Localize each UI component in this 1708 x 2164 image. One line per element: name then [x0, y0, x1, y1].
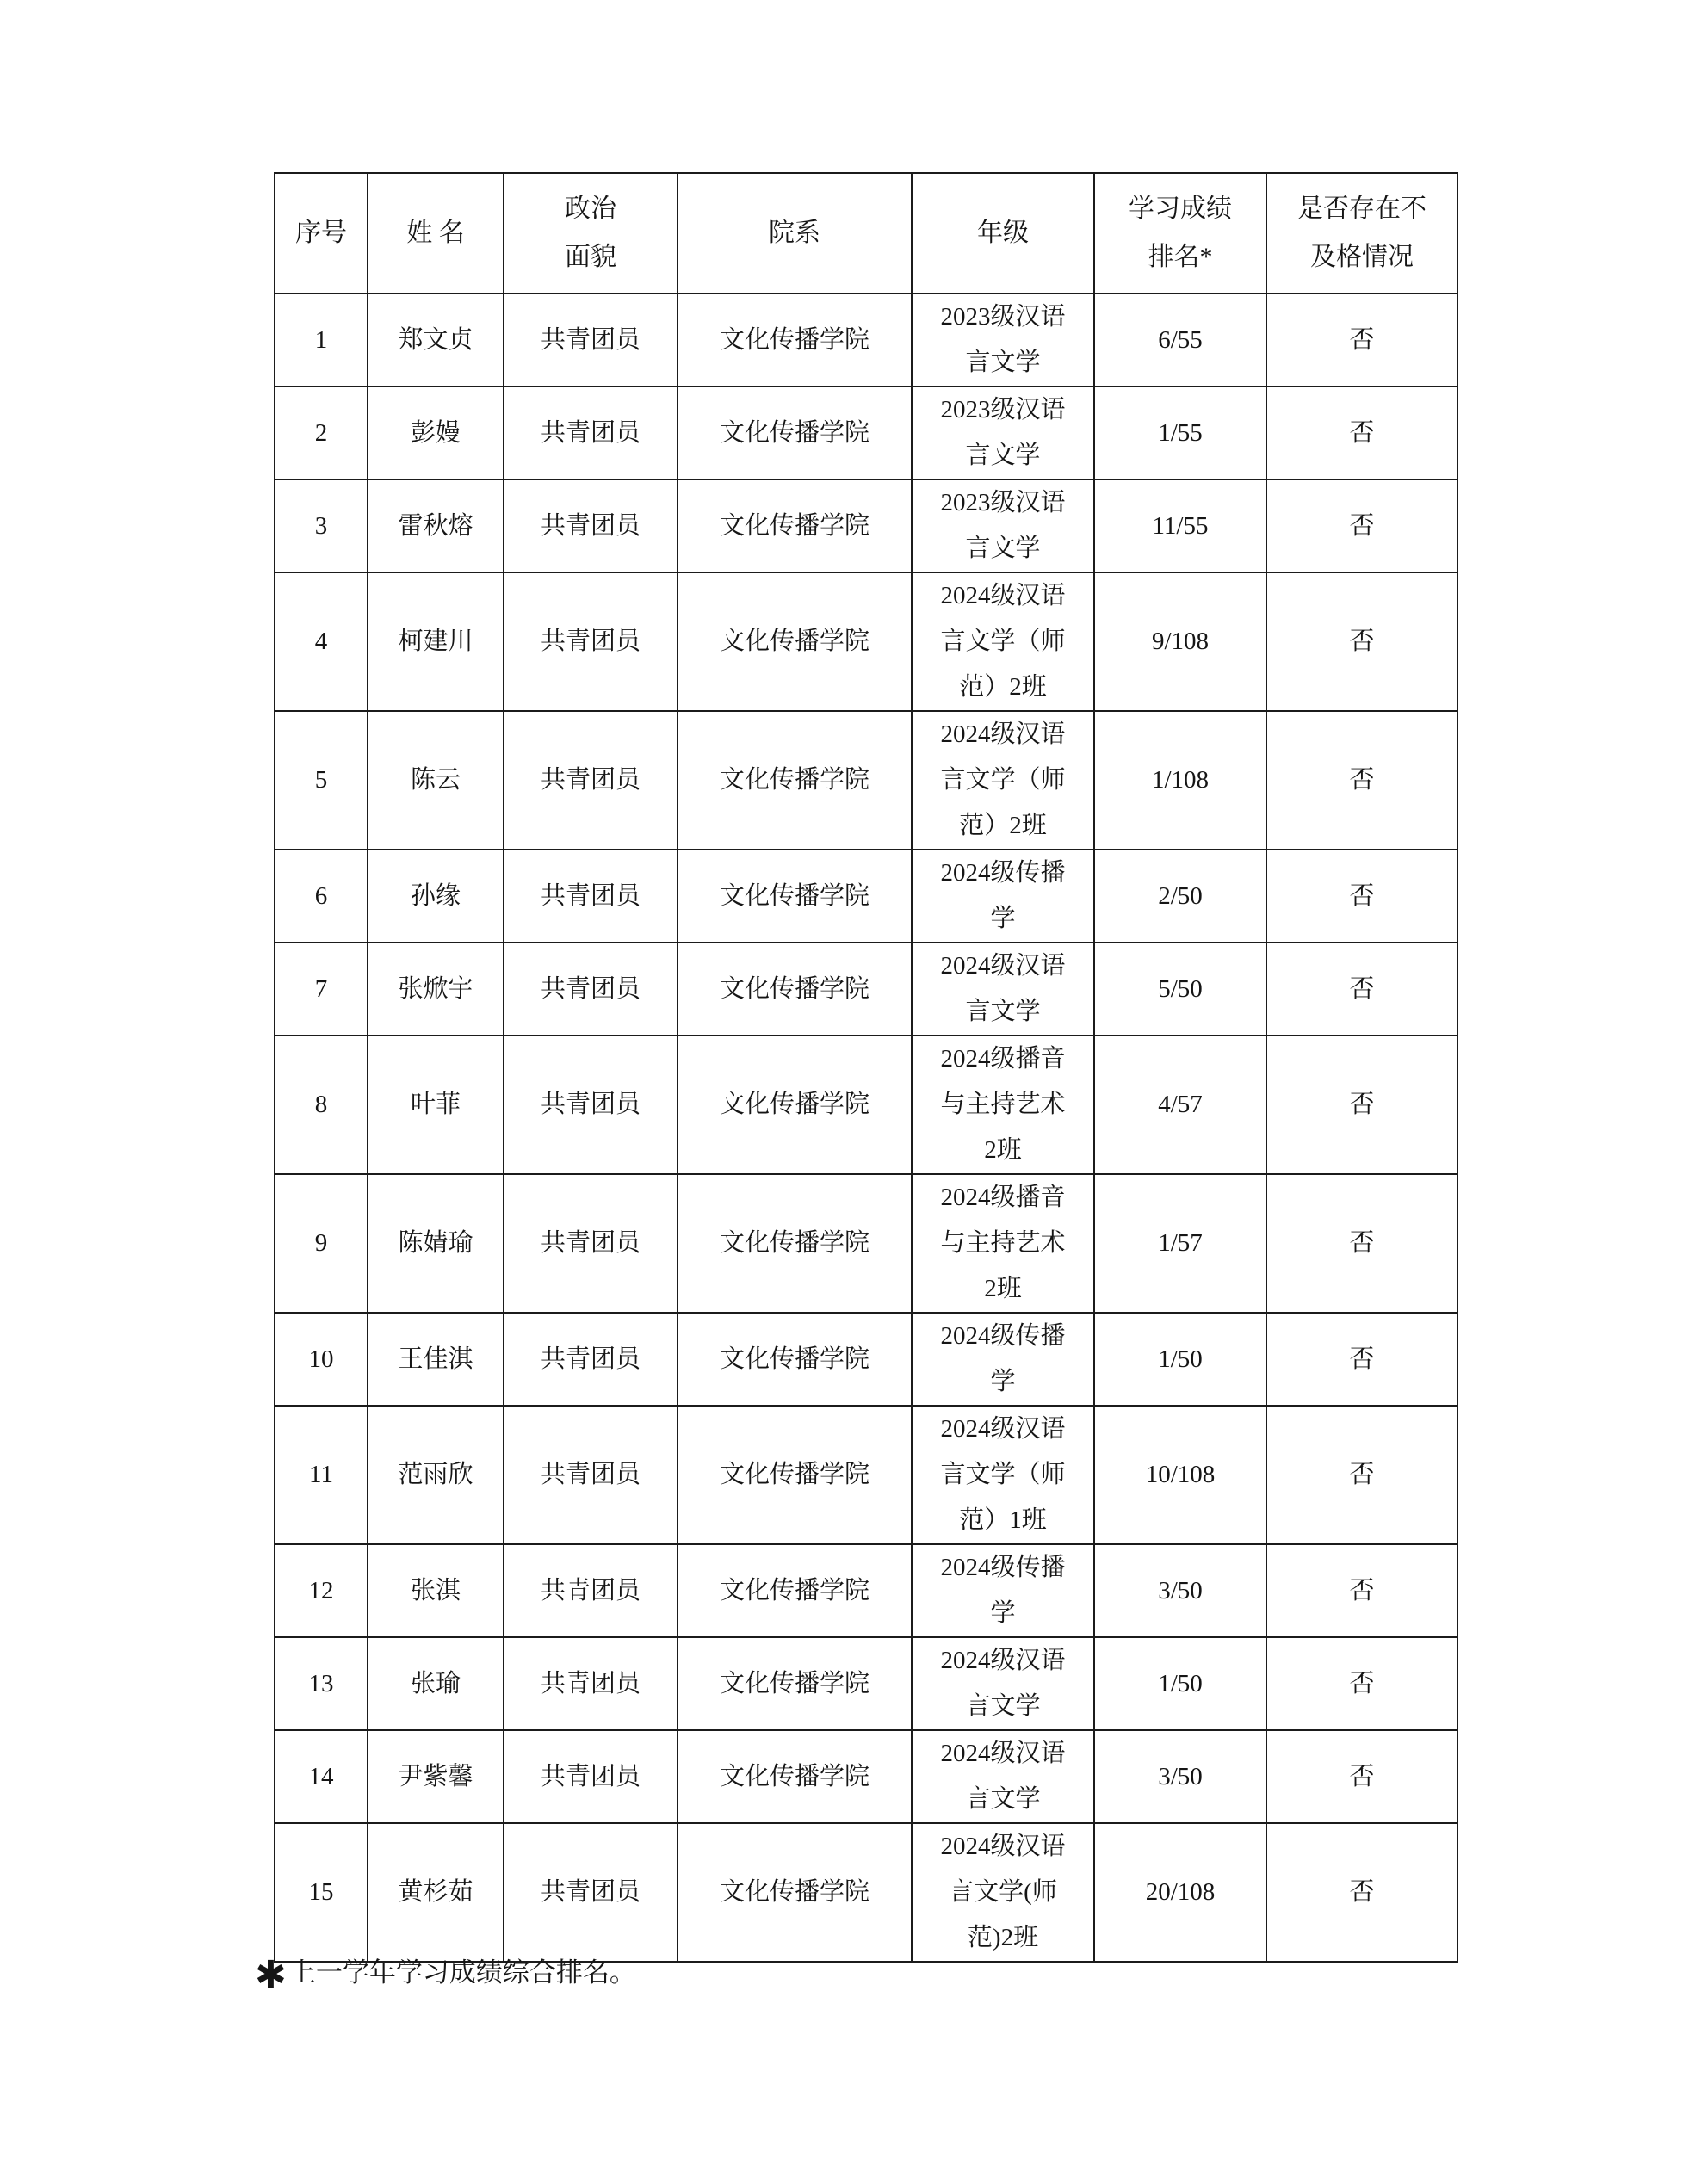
document-page: 序号姓 名政治 面貌院系年级学习成绩 排名*是否存在不 及格情况 1郑文贞共青团… — [0, 0, 1708, 2164]
cell-grade: 2024级传播 学 — [912, 850, 1094, 943]
cell-rank: 2/50 — [1094, 850, 1266, 943]
cell-college: 文化传播学院 — [678, 1823, 912, 1962]
cell-fail: 否 — [1266, 1544, 1457, 1637]
column-header-grade: 年级 — [912, 173, 1094, 294]
cell-fail: 否 — [1266, 1406, 1457, 1544]
table-row: 8叶菲共青团员文化传播学院2024级播音 与主持艺术 2班4/57否 — [275, 1036, 1457, 1174]
cell-fail: 否 — [1266, 294, 1457, 386]
cell-grade: 2024级播音 与主持艺术 2班 — [912, 1174, 1094, 1313]
table-row: 12张淇共青团员文化传播学院2024级传播 学3/50否 — [275, 1544, 1457, 1637]
table-row: 1郑文贞共青团员文化传播学院2023级汉语 言文学6/55否 — [275, 294, 1457, 386]
table-row: 15黄杉茹共青团员文化传播学院2024级汉语 言文学(师 范)2班20/108否 — [275, 1823, 1457, 1962]
cell-index: 15 — [275, 1823, 368, 1962]
cell-college: 文化传播学院 — [678, 1730, 912, 1823]
cell-political_status: 共青团员 — [504, 1036, 678, 1174]
cell-political_status: 共青团员 — [504, 1313, 678, 1406]
cell-rank: 5/50 — [1094, 943, 1266, 1036]
cell-political_status: 共青团员 — [504, 711, 678, 850]
cell-grade: 2024级播音 与主持艺术 2班 — [912, 1036, 1094, 1174]
cell-grade: 2024级汉语 言文学 — [912, 1637, 1094, 1730]
cell-college: 文化传播学院 — [678, 1174, 912, 1313]
cell-college: 文化传播学院 — [678, 1313, 912, 1406]
student-roster-table: 序号姓 名政治 面貌院系年级学习成绩 排名*是否存在不 及格情况 1郑文贞共青团… — [274, 172, 1458, 1963]
cell-fail: 否 — [1266, 386, 1457, 479]
cell-college: 文化传播学院 — [678, 386, 912, 479]
cell-political_status: 共青团员 — [504, 850, 678, 943]
cell-index: 7 — [275, 943, 368, 1036]
cell-index: 14 — [275, 1730, 368, 1823]
cell-fail: 否 — [1266, 1174, 1457, 1313]
cell-name: 张淇 — [368, 1544, 504, 1637]
cell-rank: 6/55 — [1094, 294, 1266, 386]
cell-rank: 3/50 — [1094, 1544, 1266, 1637]
cell-index: 5 — [275, 711, 368, 850]
cell-political_status: 共青团员 — [504, 1174, 678, 1313]
table-row: 13张瑜共青团员文化传播学院2024级汉语 言文学1/50否 — [275, 1637, 1457, 1730]
cell-name: 雷秋熔 — [368, 479, 504, 572]
cell-college: 文化传播学院 — [678, 572, 912, 711]
cell-college: 文化传播学院 — [678, 1406, 912, 1544]
column-header-fail: 是否存在不 及格情况 — [1266, 173, 1457, 294]
cell-name: 张瑜 — [368, 1637, 504, 1730]
cell-fail: 否 — [1266, 711, 1457, 850]
table-row: 9陈婧瑜共青团员文化传播学院2024级播音 与主持艺术 2班1/57否 — [275, 1174, 1457, 1313]
cell-rank: 20/108 — [1094, 1823, 1266, 1962]
cell-index: 13 — [275, 1637, 368, 1730]
cell-name: 孙缘 — [368, 850, 504, 943]
cell-grade: 2024级汉语 言文学 — [912, 943, 1094, 1036]
cell-rank: 9/108 — [1094, 572, 1266, 711]
cell-grade: 2024级汉语 言文学(师 范)2班 — [912, 1823, 1094, 1962]
cell-index: 1 — [275, 294, 368, 386]
table-row: 11范雨欣共青团员文化传播学院2024级汉语 言文学（师 范）1班10/108否 — [275, 1406, 1457, 1544]
cell-fail: 否 — [1266, 1036, 1457, 1174]
cell-rank: 10/108 — [1094, 1406, 1266, 1544]
table-row: 5陈云共青团员文化传播学院2024级汉语 言文学（师 范）2班1/108否 — [275, 711, 1457, 850]
table-header-row: 序号姓 名政治 面貌院系年级学习成绩 排名*是否存在不 及格情况 — [275, 173, 1457, 294]
cell-political_status: 共青团员 — [504, 1406, 678, 1544]
cell-fail: 否 — [1266, 1637, 1457, 1730]
cell-grade: 2024级传播 学 — [912, 1313, 1094, 1406]
cell-political_status: 共青团员 — [504, 1730, 678, 1823]
cell-grade: 2024级汉语 言文学（师 范）2班 — [912, 572, 1094, 711]
cell-college: 文化传播学院 — [678, 294, 912, 386]
cell-college: 文化传播学院 — [678, 1637, 912, 1730]
cell-name: 范雨欣 — [368, 1406, 504, 1544]
table-row: 6孙缘共青团员文化传播学院2024级传播 学2/50否 — [275, 850, 1457, 943]
cell-name: 张焮宇 — [368, 943, 504, 1036]
cell-index: 9 — [275, 1174, 368, 1313]
table-row: 10王佳淇共青团员文化传播学院2024级传播 学1/50否 — [275, 1313, 1457, 1406]
cell-rank: 4/57 — [1094, 1036, 1266, 1174]
cell-fail: 否 — [1266, 479, 1457, 572]
cell-political_status: 共青团员 — [504, 294, 678, 386]
cell-name: 彭嫚 — [368, 386, 504, 479]
cell-political_status: 共青团员 — [504, 479, 678, 572]
cell-political_status: 共青团员 — [504, 386, 678, 479]
cell-college: 文化传播学院 — [678, 711, 912, 850]
cell-college: 文化传播学院 — [678, 850, 912, 943]
cell-political_status: 共青团员 — [504, 1637, 678, 1730]
cell-fail: 否 — [1266, 1823, 1457, 1962]
cell-index: 12 — [275, 1544, 368, 1637]
column-header-name: 姓 名 — [368, 173, 504, 294]
cell-grade: 2023级汉语 言文学 — [912, 294, 1094, 386]
table-row: 14尹紫馨共青团员文化传播学院2024级汉语 言文学3/50否 — [275, 1730, 1457, 1823]
table-row: 3雷秋熔共青团员文化传播学院2023级汉语 言文学11/55否 — [275, 479, 1457, 572]
column-header-index: 序号 — [275, 173, 368, 294]
cell-political_status: 共青团员 — [504, 572, 678, 711]
cell-college: 文化传播学院 — [678, 479, 912, 572]
cell-name: 叶菲 — [368, 1036, 504, 1174]
cell-rank: 1/50 — [1094, 1313, 1266, 1406]
cell-grade: 2023级汉语 言文学 — [912, 386, 1094, 479]
column-header-rank: 学习成绩 排名* — [1094, 173, 1266, 294]
table-row: 7张焮宇共青团员文化传播学院2024级汉语 言文学5/50否 — [275, 943, 1457, 1036]
cell-index: 11 — [275, 1406, 368, 1544]
footnote-text: 上一学年学习成绩综合排名。 — [289, 1957, 636, 1988]
cell-index: 8 — [275, 1036, 368, 1174]
cell-name: 陈云 — [368, 711, 504, 850]
table-row: 2彭嫚共青团员文化传播学院2023级汉语 言文学1/55否 — [275, 386, 1457, 479]
cell-fail: 否 — [1266, 850, 1457, 943]
cell-grade: 2024级汉语 言文学（师 范）2班 — [912, 711, 1094, 850]
cell-fail: 否 — [1266, 1313, 1457, 1406]
column-header-political_status: 政治 面貌 — [504, 173, 678, 294]
cell-political_status: 共青团员 — [504, 1823, 678, 1962]
cell-college: 文化传播学院 — [678, 943, 912, 1036]
cell-political_status: 共青团员 — [504, 943, 678, 1036]
cell-rank: 1/108 — [1094, 711, 1266, 850]
cell-index: 3 — [275, 479, 368, 572]
cell-name: 王佳淇 — [368, 1313, 504, 1406]
cell-fail: 否 — [1266, 943, 1457, 1036]
asterisk-marker: ✱ — [255, 1953, 287, 1997]
cell-name: 陈婧瑜 — [368, 1174, 504, 1313]
cell-fail: 否 — [1266, 572, 1457, 711]
cell-name: 郑文贞 — [368, 294, 504, 386]
cell-fail: 否 — [1266, 1730, 1457, 1823]
cell-name: 尹紫馨 — [368, 1730, 504, 1823]
cell-college: 文化传播学院 — [678, 1544, 912, 1637]
table-row: 4柯建川共青团员文化传播学院2024级汉语 言文学（师 范）2班9/108否 — [275, 572, 1457, 711]
cell-rank: 11/55 — [1094, 479, 1266, 572]
cell-grade: 2024级汉语 言文学 — [912, 1730, 1094, 1823]
cell-name: 黄杉茹 — [368, 1823, 504, 1962]
cell-grade: 2024级汉语 言文学（师 范）1班 — [912, 1406, 1094, 1544]
cell-grade: 2024级传播 学 — [912, 1544, 1094, 1637]
cell-political_status: 共青团员 — [504, 1544, 678, 1637]
footnote: ✱上一学年学习成绩综合排名。 — [255, 1947, 636, 2001]
cell-index: 4 — [275, 572, 368, 711]
cell-rank: 1/50 — [1094, 1637, 1266, 1730]
cell-grade: 2023级汉语 言文学 — [912, 479, 1094, 572]
cell-index: 6 — [275, 850, 368, 943]
cell-index: 10 — [275, 1313, 368, 1406]
cell-rank: 1/55 — [1094, 386, 1266, 479]
cell-index: 2 — [275, 386, 368, 479]
column-header-college: 院系 — [678, 173, 912, 294]
cell-rank: 1/57 — [1094, 1174, 1266, 1313]
cell-name: 柯建川 — [368, 572, 504, 711]
cell-rank: 3/50 — [1094, 1730, 1266, 1823]
cell-college: 文化传播学院 — [678, 1036, 912, 1174]
